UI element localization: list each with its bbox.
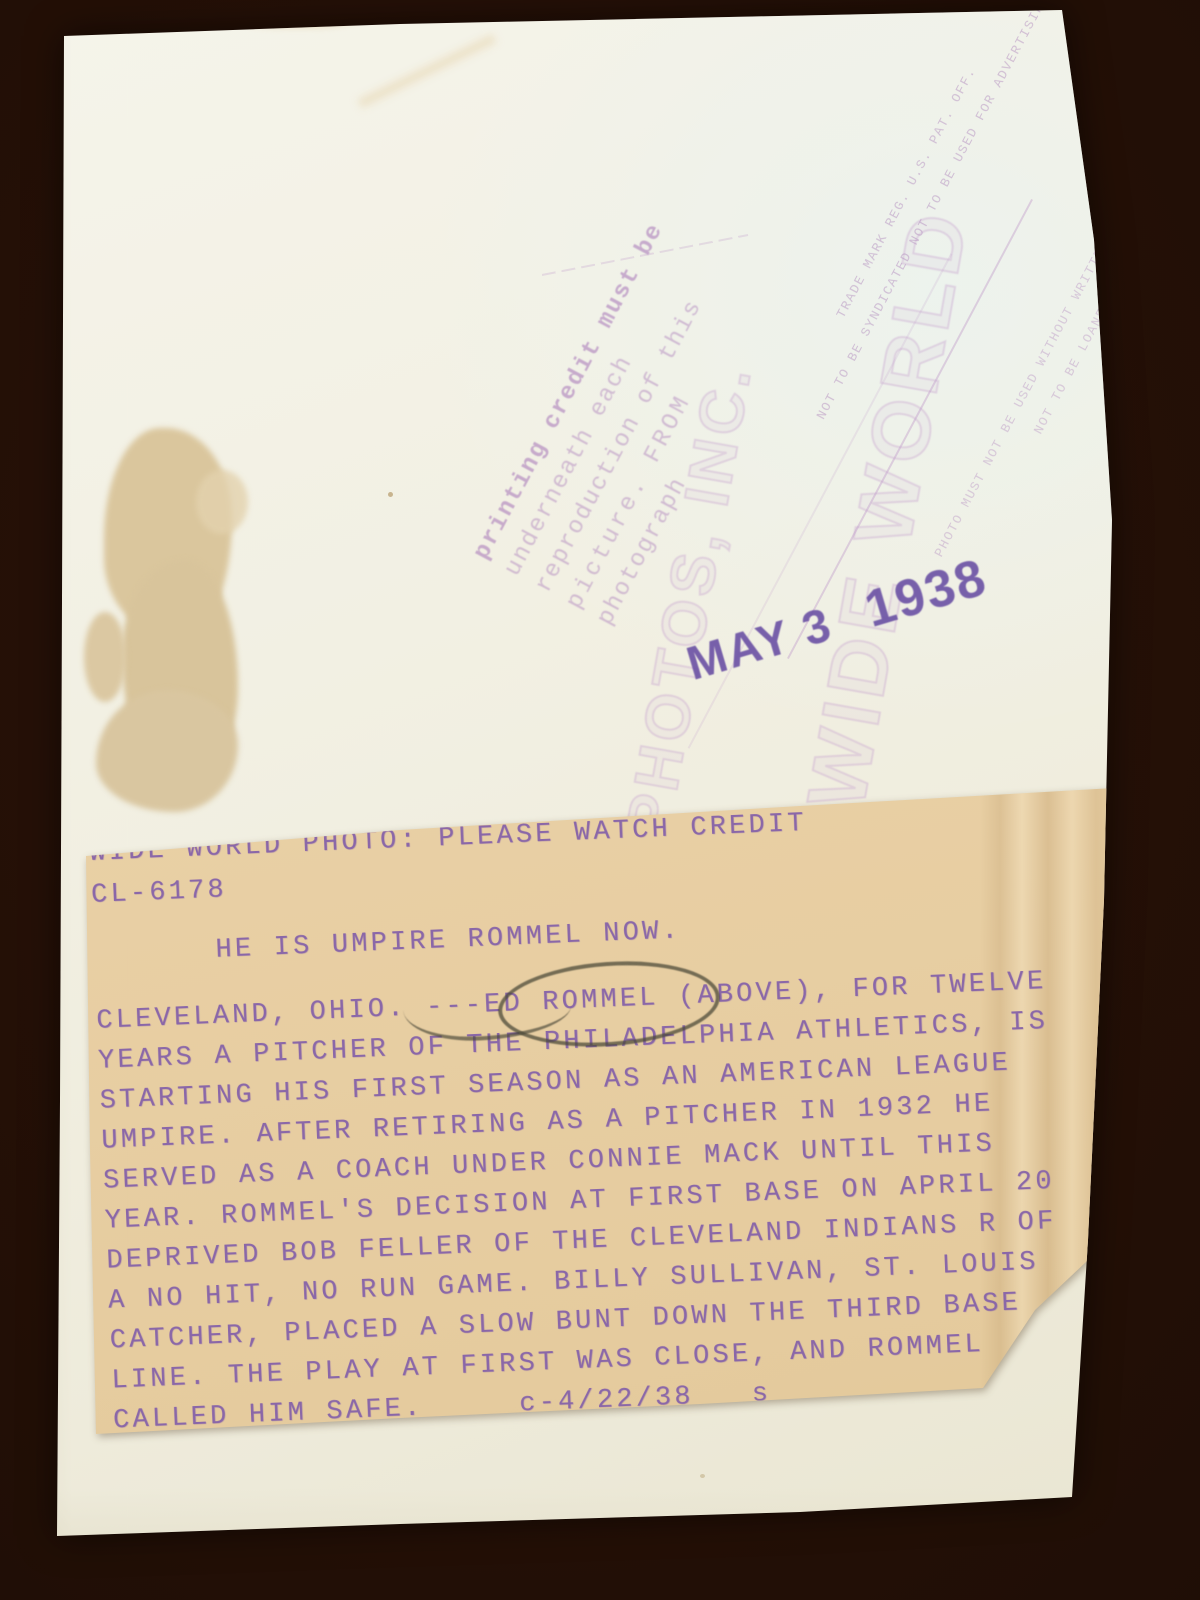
photo-paper: printing credit must be underneath each … bbox=[0, 0, 1200, 1600]
stain-scuff bbox=[238, 0, 358, 26]
caption-slip: WIDE WORLD PHOTO: PLEASE WATCH CREDIT CL… bbox=[0, 0, 1200, 1600]
caption-slip-wrap: WIDE WORLD PHOTO: PLEASE WATCH CREDIT CL… bbox=[0, 0, 1200, 1600]
dust-speck bbox=[1104, 30, 1108, 34]
photo-paper-wrap: printing credit must be underneath each … bbox=[0, 0, 1200, 1600]
slip-date-code-suffix: s bbox=[751, 1379, 772, 1410]
slip-closing-text: CALLED HIM SAFE. bbox=[113, 1393, 424, 1436]
slip-date-code: c-4/22/38 bbox=[519, 1382, 695, 1419]
photo-back-scan: printing credit must be underneath each … bbox=[0, 0, 1200, 1600]
caption-slip-text: WIDE WORLD PHOTO: PLEASE WATCH CREDIT CL… bbox=[88, 776, 1173, 1442]
